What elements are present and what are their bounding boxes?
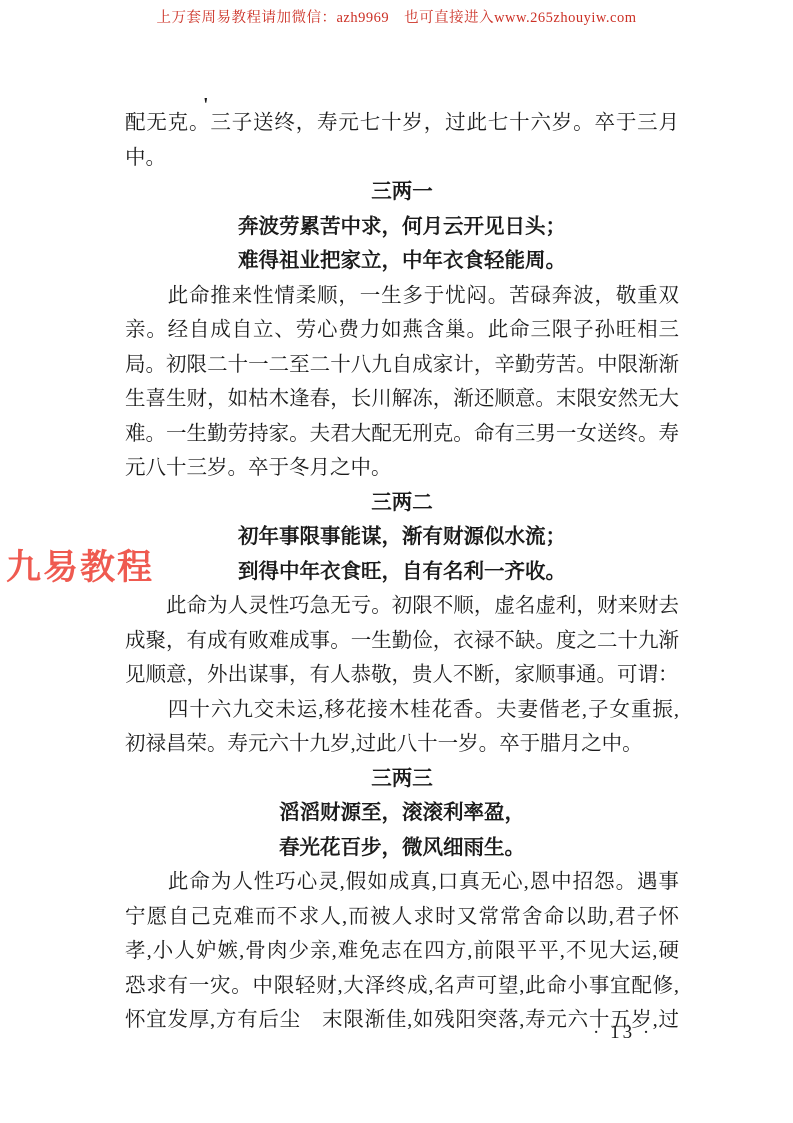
body-text-line: 局。初限二十一二至二十八九自成家计，辛勤劳苦。中限渐渐 bbox=[125, 348, 679, 383]
scanned-book-page: 上万套周易教程请加微信：azh9969 也可直接进入www.265zhouyiw… bbox=[0, 0, 793, 1123]
body-text-line: 四十六九交未运,移花接木桂花香。夫妻偕老,子女重振, bbox=[125, 693, 679, 728]
body-text-line: 难。一生勤劳持家。夫君大配无刑克。命有三男一女送终。寿 bbox=[125, 417, 679, 452]
verse-line: 春光花百步，微风细雨生。 bbox=[125, 831, 679, 866]
body-text-line: 中。 bbox=[125, 141, 679, 176]
body-text-line: 配无克。三子送终，寿元七十岁，过此七十六岁。卒于三月 bbox=[125, 106, 679, 141]
body-text-line: 此命推来性情柔顺，一生多于忧闷。苦碌奔波，敬重双 bbox=[125, 279, 679, 314]
verse-line: 奔波劳累苦中求，何月云开见日头； bbox=[125, 210, 679, 245]
body-text-line: 孝,小人妒嫉,骨肉少亲,难免志在四方,前限平平,不见大运,硬 bbox=[125, 934, 679, 969]
body-text-line: 生喜生财，如枯木逢春，长川解冻，渐还顺意。末限安然无大 bbox=[125, 382, 679, 417]
body-text-line: 此命为人性巧心灵,假如成真,口真无心,恩中招怨。遇事 bbox=[125, 865, 679, 900]
page-number: · 13 · bbox=[593, 1022, 652, 1044]
verse-line: 难得祖业把家立，中年衣食轻能周。 bbox=[125, 244, 679, 279]
body-text-line: 宁愿自己克难而不求人,而被人求时又常常舍命以助,君子怀 bbox=[125, 900, 679, 935]
body-text-line: 成聚，有成有败难成事。一生勤俭，衣禄不缺。度之二十九渐 bbox=[125, 624, 679, 659]
body-text-line: 恐求有一灾。中限轻财,大泽终成,名声可望,此命小事宜配修, bbox=[125, 969, 679, 1004]
body-text-line: 亲。经自成自立、劳心费力如燕含巢。此命三限子孙旺相三 bbox=[125, 313, 679, 348]
body-text-line: 此命为人灵性巧急无亏。初限不顺，虚名虚利，财来财去 bbox=[125, 589, 679, 624]
section-title: 三两二 bbox=[125, 486, 679, 521]
body-text-line: 元八十三岁。卒于冬月之中。 bbox=[125, 451, 679, 486]
body-text-line: 见顺意，外出谋事，有人恭敬，贵人不断，家顺事通。可谓： bbox=[125, 658, 679, 693]
verse-line: 初年事限事能谋，渐有财源似水流； bbox=[125, 520, 679, 555]
section-title: 三两三 bbox=[125, 762, 679, 797]
text-column: 配无克。三子送终，寿元七十岁，过此七十六岁。卒于三月中。三两一奔波劳累苦中求，何… bbox=[125, 106, 679, 1038]
body-text-line: 初禄昌荣。寿元六十九岁,过此八十一岁。卒于腊月之中。 bbox=[125, 727, 679, 762]
section-title: 三两一 bbox=[125, 175, 679, 210]
verse-line: 滔滔财源至，滚滚利率盈， bbox=[125, 796, 679, 831]
header-promo-text: 上万套周易教程请加微信：azh9969 也可直接进入www.265zhouyiw… bbox=[0, 6, 793, 27]
verse-line: 到得中年衣食旺，自有名利一齐收。 bbox=[125, 555, 679, 590]
